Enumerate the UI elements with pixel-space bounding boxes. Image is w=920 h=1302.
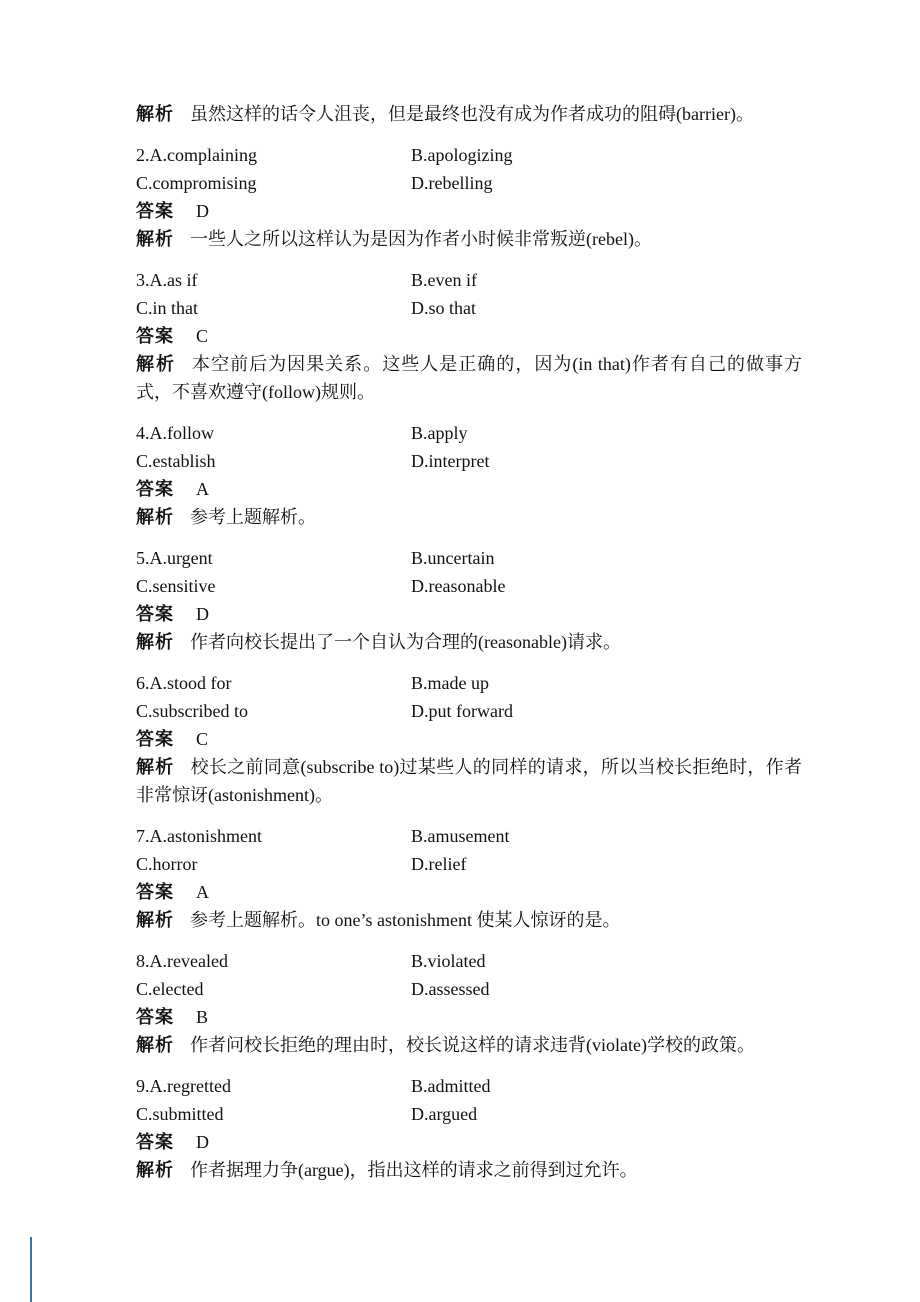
options-row-cd: C.horror D.relief — [136, 850, 802, 878]
answer-row: 答案B — [136, 1003, 802, 1031]
analysis-row: 解析参考上题解析。to one’s astonishment 使某人惊讶的是。 — [136, 906, 802, 934]
option-d: D.rebelling — [411, 169, 492, 197]
analysis-row: 解析作者向校长提出了一个自认为合理的(reasonable)请求。 — [136, 628, 802, 656]
answer-value: A — [196, 479, 209, 499]
options-row-cd: C.in that D.so that — [136, 294, 802, 322]
analysis-text: 校长之前同意(subscribe to)过某些人的同样的请求，所以当校长拒绝时，… — [136, 757, 802, 805]
option-a: 2.A.complaining — [136, 141, 411, 169]
answer-label: 答案 — [136, 1132, 174, 1152]
options-row-cd: C.establish D.interpret — [136, 447, 802, 475]
options-row-ab: 3.A.as if B.even if — [136, 266, 802, 294]
options-row-cd: C.sensitive D.reasonable — [136, 572, 802, 600]
analysis-label: 解析 — [136, 354, 176, 374]
analysis-label: 解析 — [136, 104, 174, 124]
answer-value: C — [196, 326, 208, 346]
answer-value: D — [196, 1132, 209, 1152]
analysis-row: 解析校长之前同意(subscribe to)过某些人的同样的请求，所以当校长拒绝… — [136, 753, 802, 809]
analysis-label: 解析 — [136, 632, 174, 652]
options-row-ab: 8.A.revealed B.violated — [136, 947, 802, 975]
analysis-text: 作者问校长拒绝的理由时，校长说这样的请求违背(violate)学校的政策。 — [190, 1035, 755, 1055]
analysis-text: 参考上题解析。 — [190, 507, 316, 527]
option-d: D.put forward — [411, 697, 513, 725]
intro-analysis-row: 解析虽然这样的话令人沮丧，但是最终也没有成为作者成功的阻碍(barrier)。 — [136, 100, 802, 128]
option-d: D.argued — [411, 1100, 477, 1128]
question-block: 8.A.revealed B.violated C.elected D.asse… — [136, 947, 802, 1059]
analysis-row: 解析本空前后为因果关系。这些人是正确的，因为(in that)作者有自己的做事方… — [136, 350, 802, 406]
analysis-text: 作者向校长提出了一个自认为合理的(reasonable)请求。 — [190, 632, 621, 652]
option-a: 5.A.urgent — [136, 544, 411, 572]
options-row-ab: 2.A.complaining B.apologizing — [136, 141, 802, 169]
answer-value: D — [196, 604, 209, 624]
question-block: 3.A.as if B.even if C.in that D.so that … — [136, 266, 802, 406]
question-block: 6.A.stood for B.made up C.subscribed to … — [136, 669, 802, 809]
option-b: B.admitted — [411, 1072, 491, 1100]
question-block: 4.A.follow B.apply C.establish D.interpr… — [136, 419, 802, 531]
answer-label: 答案 — [136, 201, 174, 221]
answer-label: 答案 — [136, 604, 174, 624]
answer-value: D — [196, 201, 209, 221]
options-row-ab: 6.A.stood for B.made up — [136, 669, 802, 697]
option-c: C.submitted — [136, 1100, 411, 1128]
analysis-text: 虽然这样的话令人沮丧，但是最终也没有成为作者成功的阻碍(barrier)。 — [190, 104, 754, 124]
analysis-label: 解析 — [136, 1035, 174, 1055]
options-row-cd: C.compromising D.rebelling — [136, 169, 802, 197]
answer-label: 答案 — [136, 479, 174, 499]
analysis-row: 解析一些人之所以这样认为是因为作者小时候非常叛逆(rebel)。 — [136, 225, 802, 253]
option-b: B.apply — [411, 419, 468, 447]
analysis-row: 解析参考上题解析。 — [136, 503, 802, 531]
option-b: B.made up — [411, 669, 489, 697]
answer-label: 答案 — [136, 882, 174, 902]
answer-row: 答案C — [136, 322, 802, 350]
answer-label: 答案 — [136, 326, 174, 346]
question-block: 7.A.astonishment B.amusement C.horror D.… — [136, 822, 802, 934]
option-b: B.amusement — [411, 822, 509, 850]
answer-row: 答案D — [136, 1128, 802, 1156]
option-c: C.horror — [136, 850, 411, 878]
answer-label: 答案 — [136, 729, 174, 749]
options-row-cd: C.elected D.assessed — [136, 975, 802, 1003]
option-d: D.assessed — [411, 975, 490, 1003]
option-c: C.compromising — [136, 169, 411, 197]
option-c: C.establish — [136, 447, 411, 475]
analysis-label: 解析 — [136, 757, 175, 777]
option-a: 3.A.as if — [136, 266, 411, 294]
analysis-row: 解析作者问校长拒绝的理由时，校长说这样的请求违背(violate)学校的政策。 — [136, 1031, 802, 1059]
option-a: 9.A.regretted — [136, 1072, 411, 1100]
options-row-cd: C.subscribed to D.put forward — [136, 697, 802, 725]
option-b: B.apologizing — [411, 141, 513, 169]
document-page: 解析虽然这样的话令人沮丧，但是最终也没有成为作者成功的阻碍(barrier)。 … — [0, 0, 920, 1184]
option-a: 4.A.follow — [136, 419, 411, 447]
question-block: 9.A.regretted B.admitted C.submitted D.a… — [136, 1072, 802, 1184]
answer-value: A — [196, 882, 209, 902]
options-row-ab: 4.A.follow B.apply — [136, 419, 802, 447]
option-c: C.subscribed to — [136, 697, 411, 725]
option-a: 6.A.stood for — [136, 669, 411, 697]
option-d: D.relief — [411, 850, 466, 878]
analysis-label: 解析 — [136, 229, 174, 249]
page-edge-marker — [30, 1237, 32, 1302]
answer-value: B — [196, 1007, 208, 1027]
option-d: D.so that — [411, 294, 476, 322]
answer-row: 答案A — [136, 878, 802, 906]
analysis-text: 一些人之所以这样认为是因为作者小时候非常叛逆(rebel)。 — [190, 229, 652, 249]
options-row-ab: 7.A.astonishment B.amusement — [136, 822, 802, 850]
option-b: B.even if — [411, 266, 477, 294]
question-block: 5.A.urgent B.uncertain C.sensitive D.rea… — [136, 544, 802, 656]
answer-row: 答案D — [136, 600, 802, 628]
option-a: 8.A.revealed — [136, 947, 411, 975]
question-block: 2.A.complaining B.apologizing C.compromi… — [136, 141, 802, 253]
options-row-ab: 5.A.urgent B.uncertain — [136, 544, 802, 572]
option-b: B.violated — [411, 947, 486, 975]
analysis-label: 解析 — [136, 1160, 174, 1180]
option-b: B.uncertain — [411, 544, 494, 572]
options-row-ab: 9.A.regretted B.admitted — [136, 1072, 802, 1100]
option-c: C.in that — [136, 294, 411, 322]
analysis-label: 解析 — [136, 507, 174, 527]
option-a: 7.A.astonishment — [136, 822, 411, 850]
option-c: C.elected — [136, 975, 411, 1003]
answer-value: C — [196, 729, 208, 749]
options-row-cd: C.submitted D.argued — [136, 1100, 802, 1128]
analysis-text: 作者据理力争(argue)，指出这样的请求之前得到过允许。 — [190, 1160, 638, 1180]
answer-row: 答案C — [136, 725, 802, 753]
analysis-label: 解析 — [136, 910, 174, 930]
analysis-row: 解析作者据理力争(argue)，指出这样的请求之前得到过允许。 — [136, 1156, 802, 1184]
option-c: C.sensitive — [136, 572, 411, 600]
analysis-text: 本空前后为因果关系。这些人是正确的，因为(in that)作者有自己的做事方式，… — [136, 354, 802, 402]
option-d: D.reasonable — [411, 572, 505, 600]
answer-row: 答案A — [136, 475, 802, 503]
option-d: D.interpret — [411, 447, 489, 475]
answer-label: 答案 — [136, 1007, 174, 1027]
answer-row: 答案D — [136, 197, 802, 225]
analysis-text: 参考上题解析。to one’s astonishment 使某人惊讶的是。 — [190, 910, 621, 930]
